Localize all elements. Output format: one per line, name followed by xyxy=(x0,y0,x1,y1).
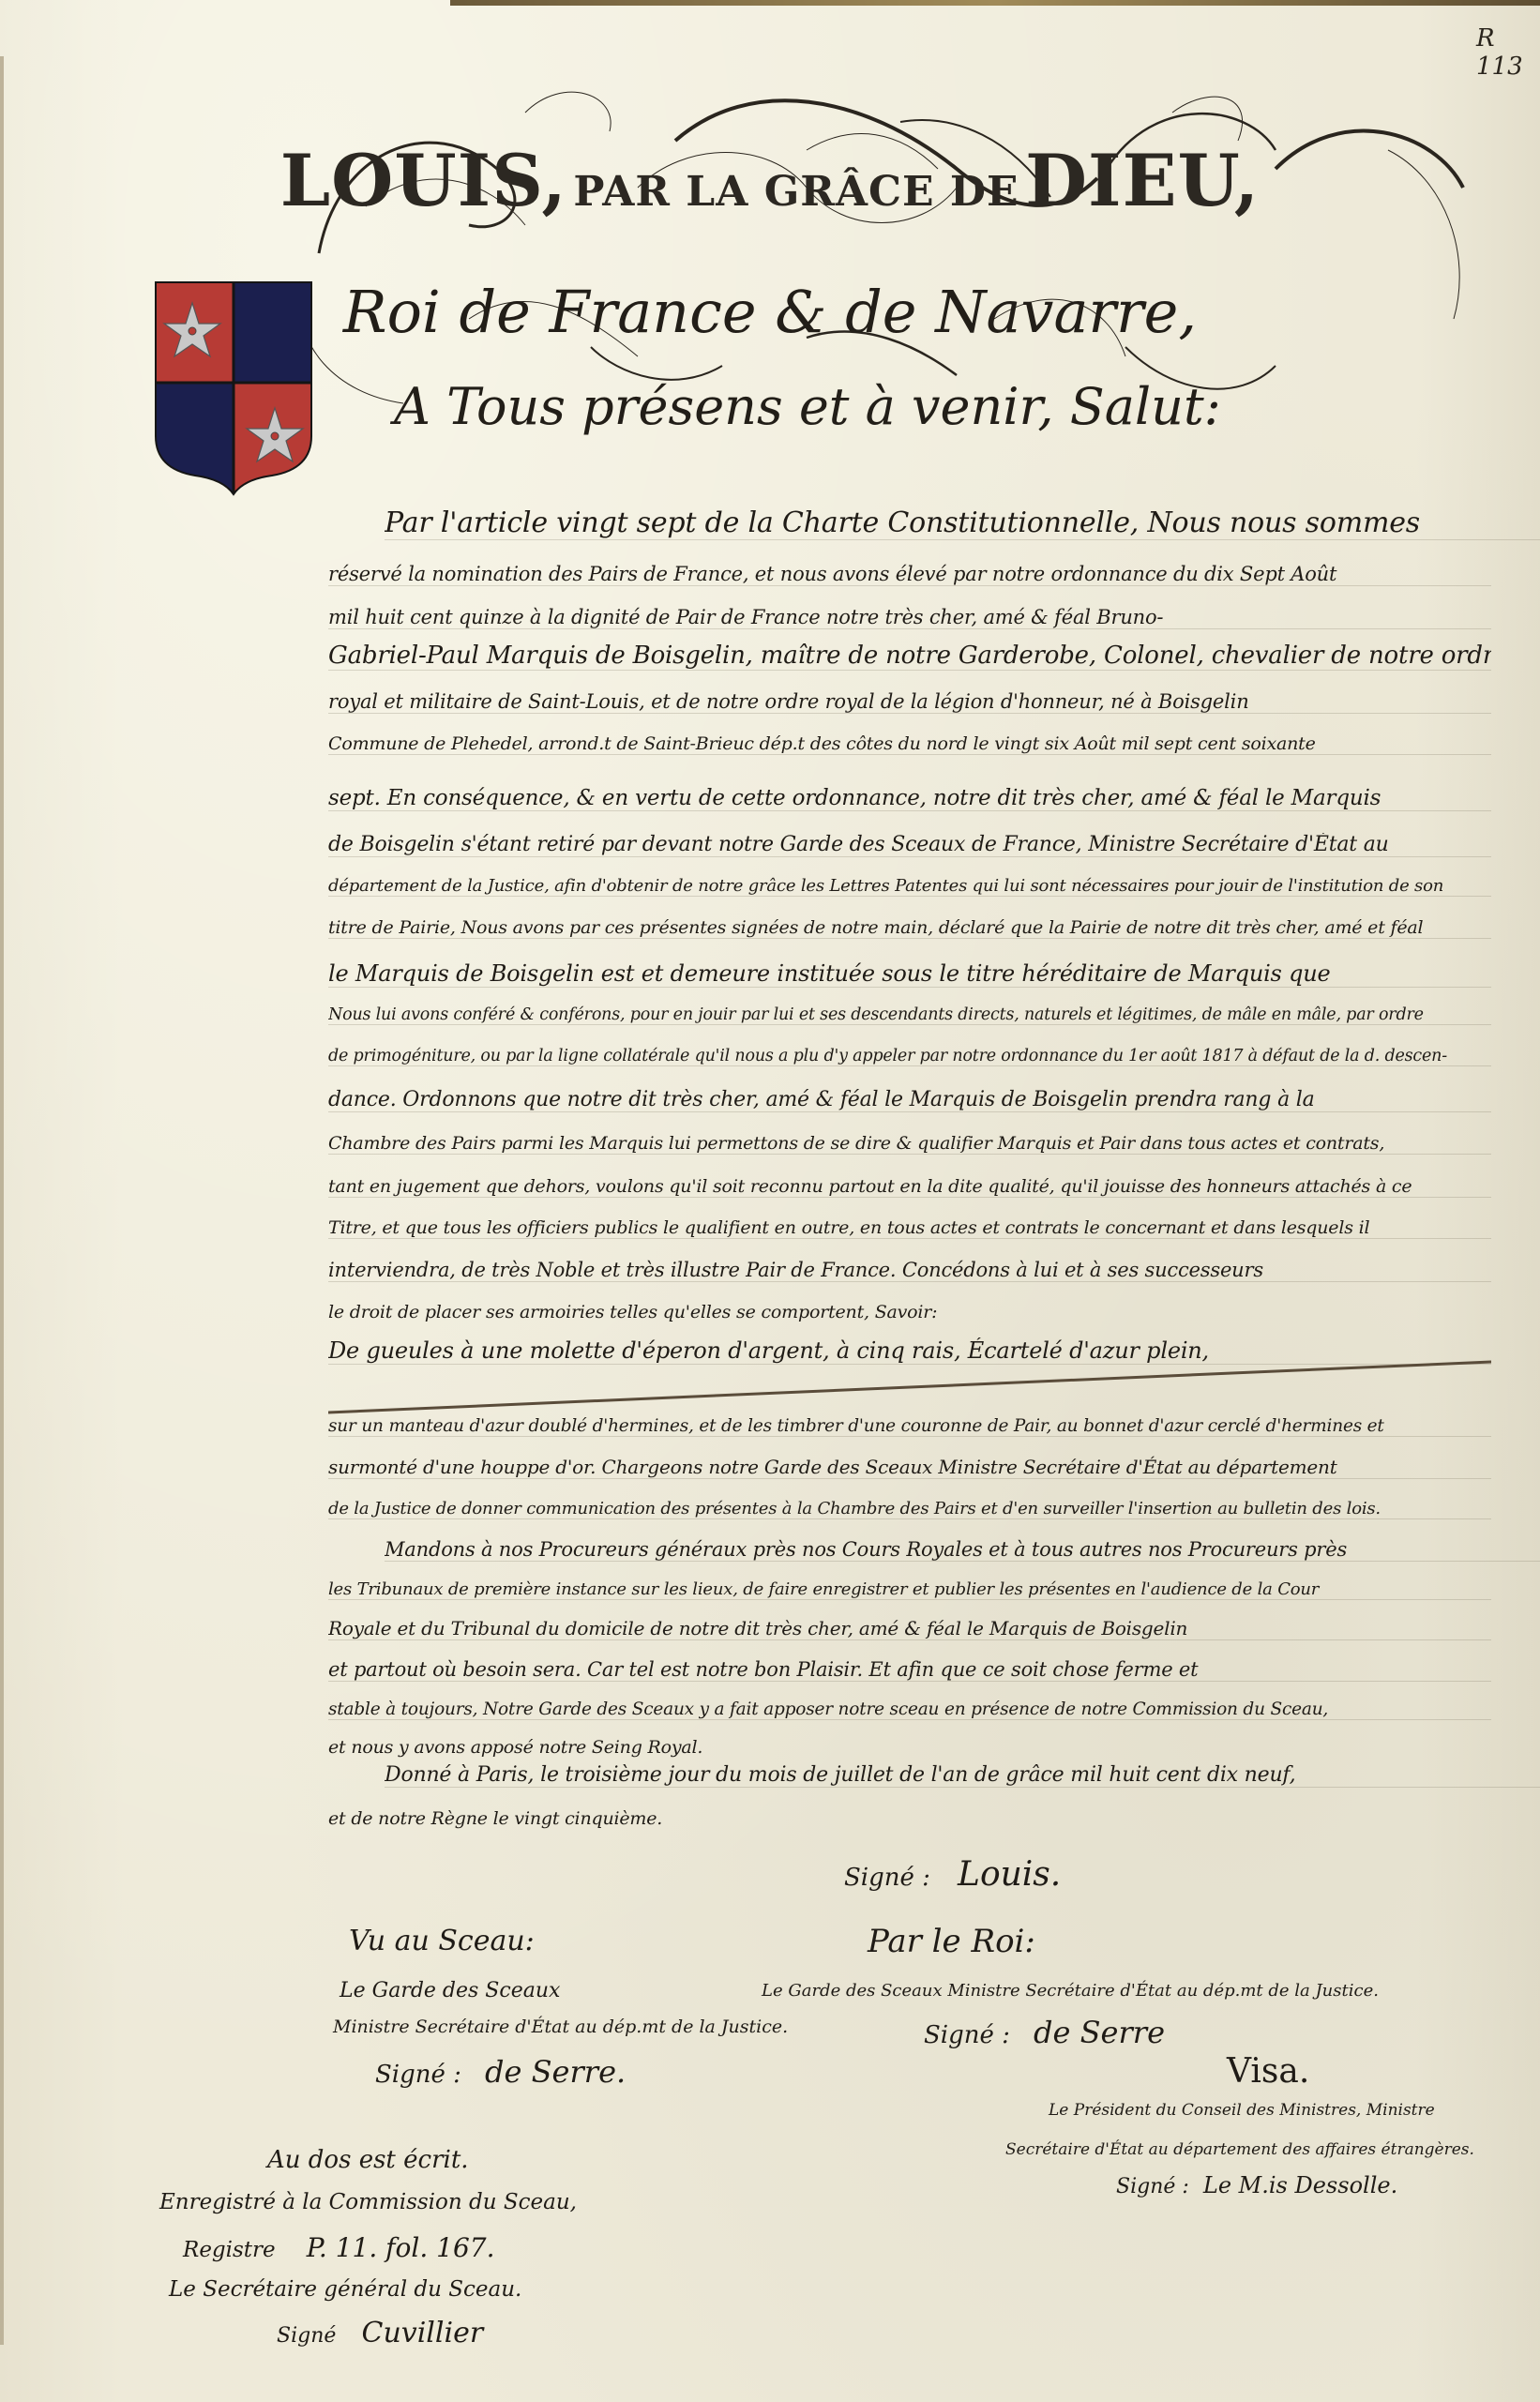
seal-heading: Vu au Sceau: xyxy=(349,1925,535,1957)
regnal-year: et de notre Règne le vingt cinquième. xyxy=(328,1808,1491,1829)
body-line: les Tribunaux de première instance sur l… xyxy=(328,1579,1491,1600)
body-line: sept. En conséquence, & en vertu de cett… xyxy=(328,786,1491,811)
body-line: Titre, et que tous les officiers publics… xyxy=(328,1217,1491,1239)
parchment-page: R 113 LOUIS, PAR LA GRÂCE DE DIEU, Roi d… xyxy=(0,0,1540,2402)
body-line: le droit de placer ses armoiries telles … xyxy=(328,1302,1491,1322)
body-line: royal et militaire de Saint-Louis, et de… xyxy=(328,690,1491,714)
body-line: de primogéniture, ou par la ligne collat… xyxy=(328,1047,1491,1066)
seal-line: Ministre Secrétaire d'État au dép.mt de … xyxy=(333,2017,788,2037)
salutation: A Tous présens et à venir, Salut: xyxy=(394,377,1221,436)
dating-clause: Donné à Paris, le troisième jour du mois… xyxy=(385,1763,1540,1788)
registration-line: Le Secrétaire général du Sceau. xyxy=(169,2277,521,2302)
body-line: sur un manteau d'azur doublé d'hermines,… xyxy=(328,1416,1491,1437)
royal-title: LOUIS, PAR LA GRÂCE DE DIEU, xyxy=(0,139,1540,222)
body-line: de Boisgelin s'étant retiré par devant n… xyxy=(328,833,1491,857)
visa-signer-name: Le M.is Dessolle. xyxy=(1203,2172,1397,2198)
registration-line: Enregistré à la Commission du Sceau, xyxy=(159,2190,577,2214)
seal-line: Le Garde des Sceaux xyxy=(340,1979,560,2002)
body-line: Nous lui avons conféré & conférons, pour… xyxy=(328,1005,1491,1025)
body-line: Par l'article vingt sept de la Charte Co… xyxy=(385,506,1540,540)
par-le-roi-heading: Par le Roi: xyxy=(868,1923,1035,1960)
body-line: le Marquis de Boisgelin est et demeure i… xyxy=(328,960,1491,988)
folio-number: R 113 xyxy=(1476,24,1540,81)
coat-of-arms-icon xyxy=(150,277,317,497)
seal-signature: Signé : de Serre. xyxy=(375,2054,626,2090)
body-line: Mandons à nos Procureurs généraux près n… xyxy=(385,1538,1540,1562)
visa-heading: Visa. xyxy=(1227,2052,1309,2091)
body-line: Royale et du Tribunal du domicile de not… xyxy=(328,1617,1491,1640)
body-line: interviendra, de très Noble et très illu… xyxy=(328,1259,1491,1282)
seal-signer-name: de Serre. xyxy=(485,2054,626,2090)
signed-label: Signé xyxy=(277,2324,336,2348)
body-line: Commune de Plehedel, arrond.t de Saint-B… xyxy=(328,733,1491,755)
body-line: réservé la nomination des Pairs de Franc… xyxy=(328,563,1491,586)
body-line: tant en jugement que dehors, voulons qu'… xyxy=(328,1176,1491,1198)
body-line: Chambre des Pairs parmi les Marquis lui … xyxy=(328,1133,1491,1155)
registration-heading: Au dos est écrit. xyxy=(267,2146,469,2174)
signed-label: Signé : xyxy=(924,2021,1010,2049)
registration-register: Registre P. 11. fol. 167. xyxy=(183,2232,494,2263)
body-line: mil huit cent quinze à la dignité de Pai… xyxy=(328,606,1491,629)
registration-signature: Signé Cuvillier xyxy=(277,2317,483,2349)
page-left-edge xyxy=(0,56,4,2345)
divider-rule xyxy=(328,1358,1491,1414)
registration-signer-name: Cuvillier xyxy=(361,2317,483,2349)
title-dieu: DIEU, xyxy=(1025,139,1260,222)
body-line: stable à toujours, Notre Garde des Sceau… xyxy=(328,1700,1491,1720)
par-le-roi-signer-name: de Serre xyxy=(1034,2015,1165,2050)
body-line: dance. Ordonnons que notre dit très cher… xyxy=(328,1088,1491,1112)
body-line: de la Justice de donner communication de… xyxy=(328,1499,1491,1519)
binding-edge xyxy=(450,0,1540,6)
par-le-roi-line: Le Garde des Sceaux Ministre Secrétaire … xyxy=(762,1981,1379,2001)
registre-label: Registre xyxy=(183,2238,276,2262)
king-signature: Signé : Louis. xyxy=(844,1855,1061,1894)
visa-line: Le Président du Conseil des Ministres, M… xyxy=(1049,2101,1435,2120)
body-line: titre de Pairie, Nous avons par ces prés… xyxy=(328,917,1491,939)
king-name: Louis. xyxy=(958,1855,1061,1894)
title-louis: LOUIS, xyxy=(280,139,567,222)
visa-signature: Signé : Le M.is Dessolle. xyxy=(1116,2172,1397,2198)
title-par-la-grace: PAR LA GRÂCE DE xyxy=(573,168,1019,216)
body-line: et nous y avons apposé notre Seing Royal… xyxy=(328,1737,1491,1758)
body-line: Gabriel-Paul Marquis de Boisgelin, maîtr… xyxy=(328,642,1491,671)
body-line: surmonté d'une houppe d'or. Chargeons no… xyxy=(328,1456,1491,1479)
par-le-roi-signature: Signé : de Serre xyxy=(924,2015,1165,2050)
signed-label: Signé : xyxy=(1116,2175,1189,2198)
signed-label: Signé : xyxy=(375,2061,461,2089)
registre-value: P. 11. fol. 167. xyxy=(307,2232,495,2263)
visa-line: Secrétaire d'État au département des aff… xyxy=(1005,2140,1474,2159)
body-line: et partout où besoin sera. Car tel est n… xyxy=(328,1658,1491,1682)
signed-label: Signé : xyxy=(844,1864,930,1892)
body-line: département de la Justice, afin d'obteni… xyxy=(328,876,1491,897)
